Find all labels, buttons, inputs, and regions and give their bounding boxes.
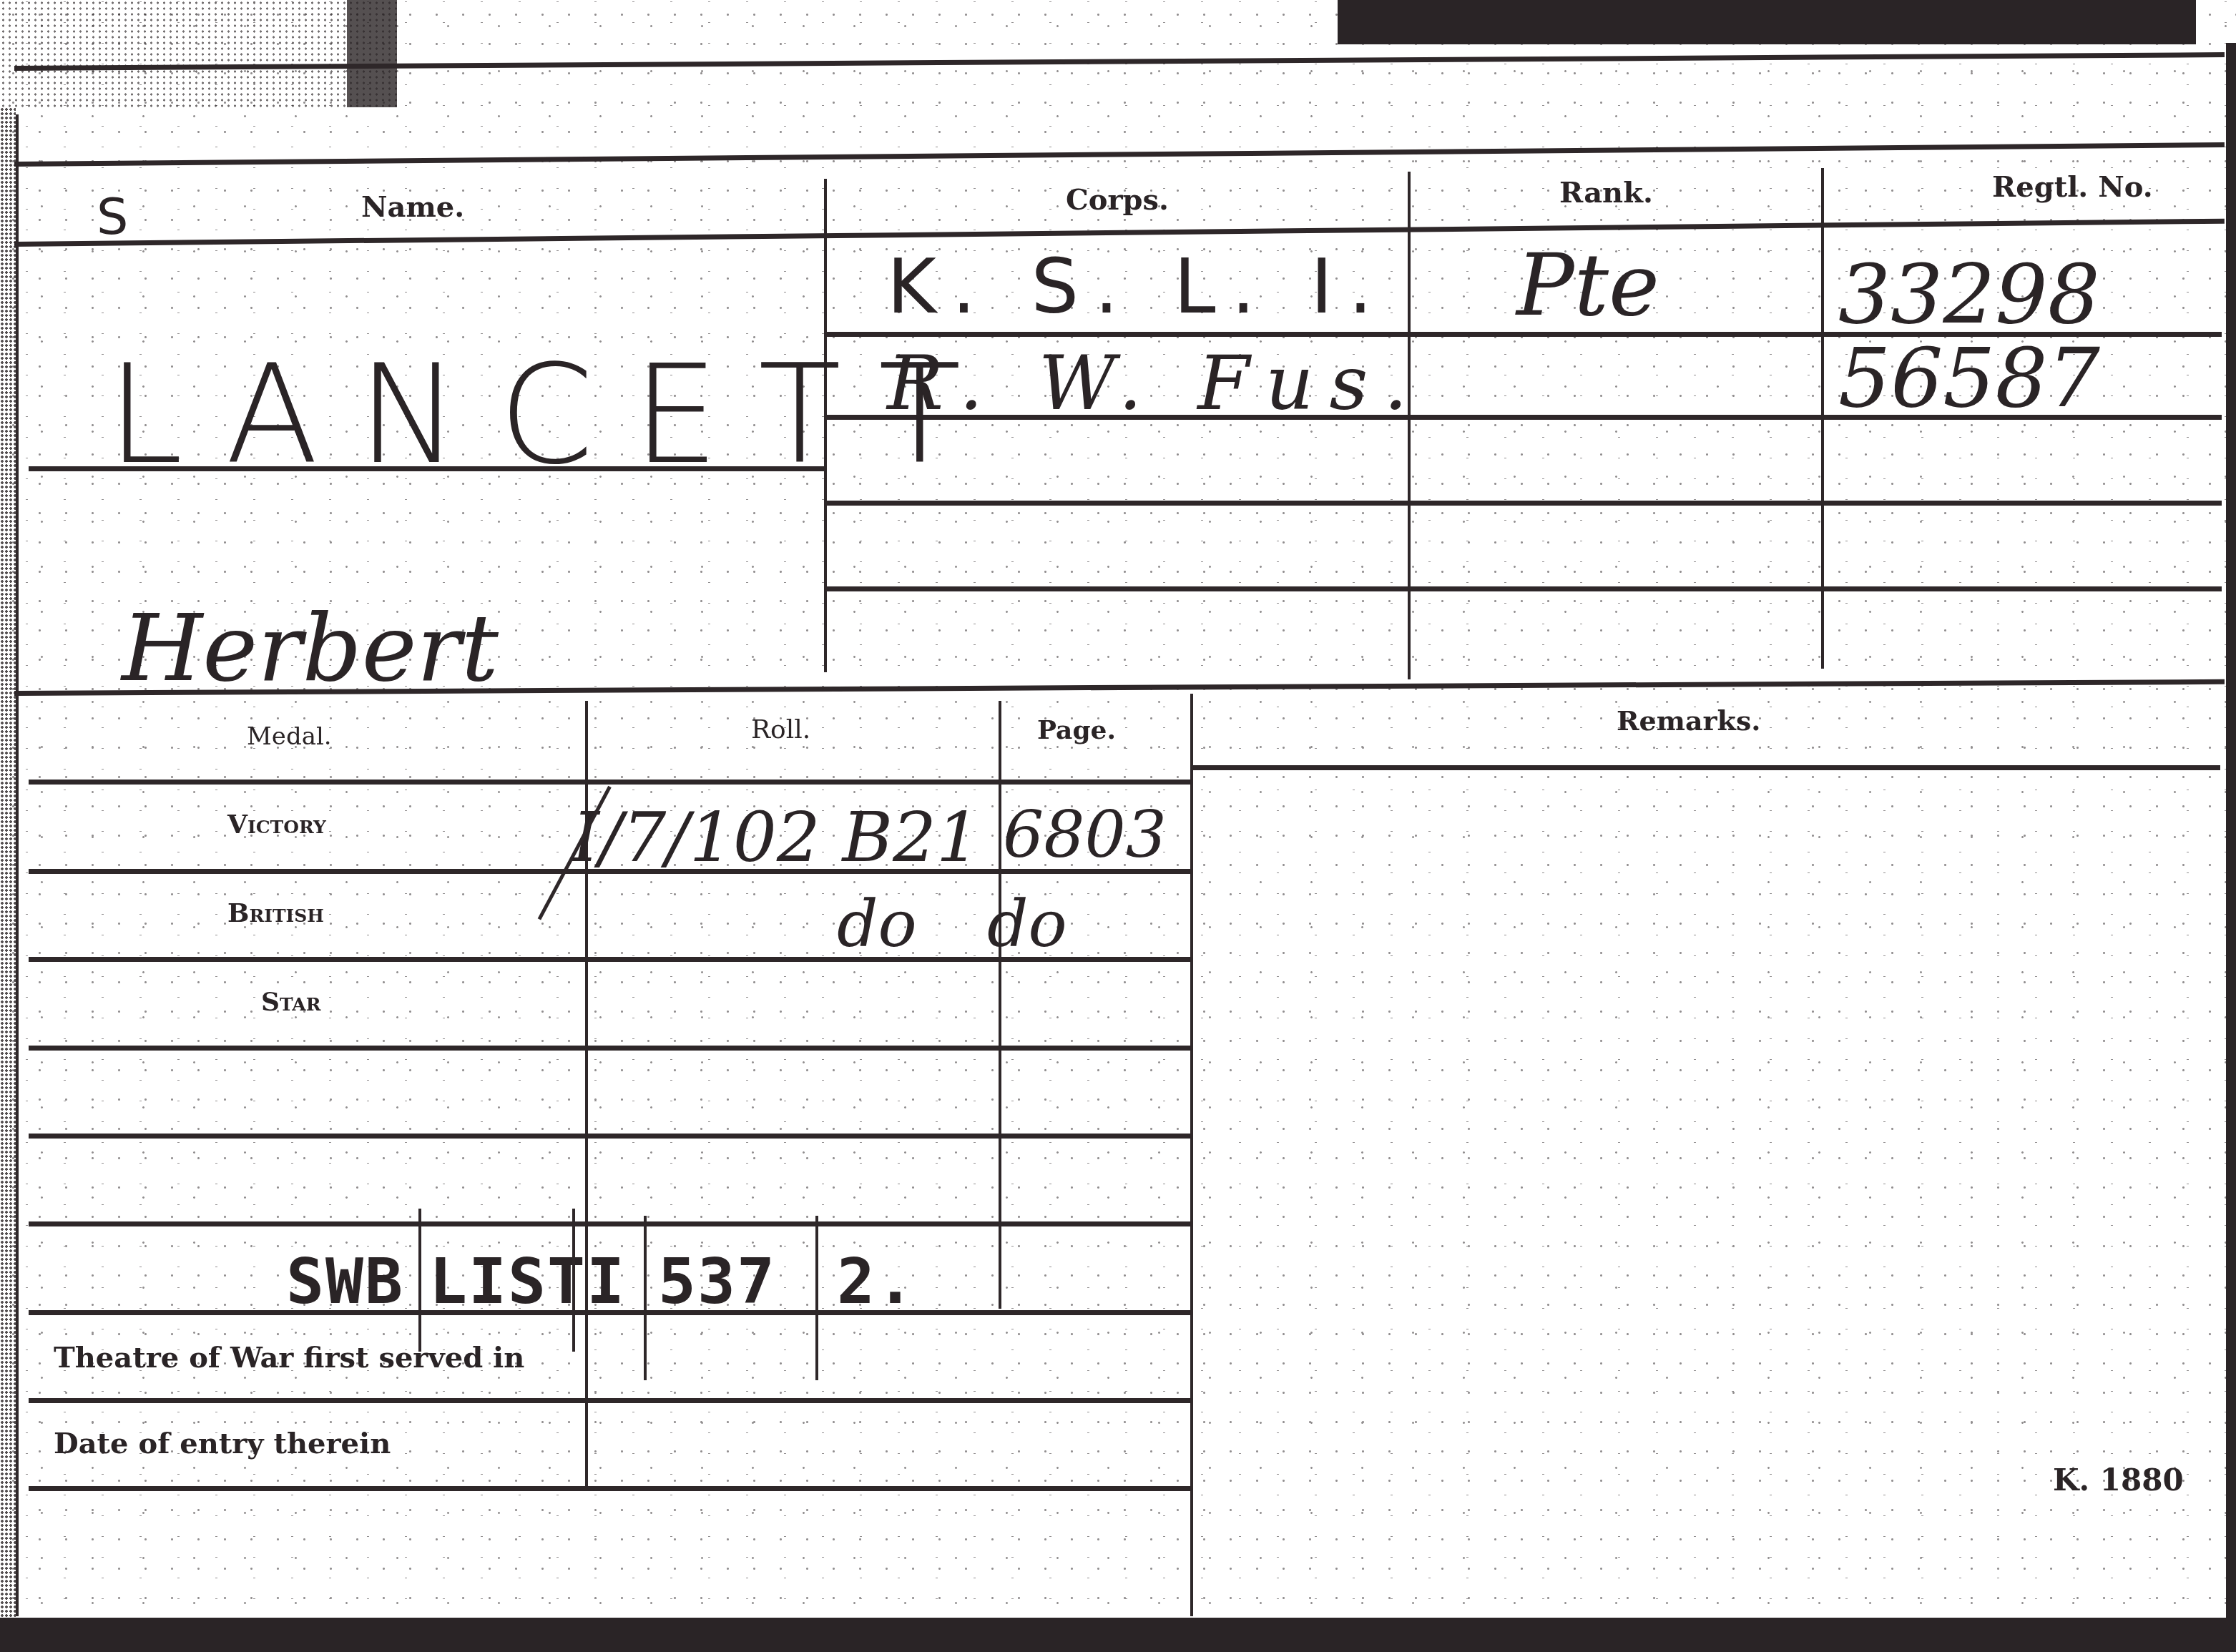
rule-theatre-bottom (29, 1398, 1190, 1403)
rank-label: Rank. (1559, 176, 1653, 210)
stamp-part-number: 537 (658, 1244, 776, 1318)
stamp-divider (418, 1209, 421, 1352)
rule-row-4 (827, 586, 2222, 591)
scan-artifact-top-bar (347, 0, 397, 107)
scan-artifact-top-right (1338, 0, 2196, 44)
stamp-divider (644, 1216, 647, 1380)
form-number: K. 1880 (2053, 1462, 2184, 1498)
rule-medals-header (29, 780, 1190, 785)
scan-artifact-bottom (0, 1618, 2236, 1652)
scan-artifact-top-left (0, 0, 401, 107)
corps-label: Corps. (1066, 183, 1169, 217)
surname: LANCETT (107, 336, 1001, 494)
stamp-divider (815, 1216, 818, 1380)
medal-british: British (227, 898, 324, 928)
corner-mark: S (97, 187, 128, 246)
stamp-part-list: LIST (429, 1244, 587, 1318)
theatre-label: Theatre of War first served in (54, 1341, 524, 1375)
corps-entry-2: R. W. Fus. (887, 340, 1423, 427)
stamp-part-suffix: 2. (837, 1244, 916, 1318)
victory-page: 6803 (1003, 797, 1167, 872)
regtl-no-label: Regtl. No. (1992, 170, 2153, 204)
card-left-border (16, 114, 19, 1616)
stamp-part-roman: I (587, 1244, 626, 1318)
scan-artifact-right-edge (2226, 43, 2236, 1623)
stamp-part-swb: SWB (286, 1244, 404, 1318)
rule-date-bottom (29, 1486, 1190, 1491)
british-page: do (987, 887, 1067, 962)
rule-row-3 (827, 501, 2222, 506)
divider-page-remarks (1190, 694, 1193, 1616)
divider-roll-page (999, 701, 1001, 1309)
rank-value: Pte (1516, 236, 1659, 335)
rule-star (29, 1046, 1190, 1051)
rule-blank-1 (29, 1134, 1190, 1139)
rule-top-outer (14, 142, 2225, 167)
forename: Herbert (122, 594, 499, 702)
name-label: Name. (361, 190, 464, 224)
scan-artifact-left-edge (0, 107, 16, 1623)
medal-column-header: Medal. (247, 722, 332, 751)
remarks-label: Remarks. (1617, 704, 1761, 737)
medal-star: Star (261, 987, 320, 1017)
page-column-header: Page. (1037, 715, 1116, 745)
regtl-no-2: 56587 (1838, 330, 2100, 426)
date-entry-label: Date of entry therein (54, 1427, 391, 1460)
rule-remarks-header (1190, 765, 2220, 770)
regtl-no-1: 33298 (1838, 247, 2100, 343)
medal-victory: Victory (227, 810, 326, 840)
corps-entry-1: K. S. L. I. (887, 243, 1388, 330)
rule-blank-2 (29, 1221, 1190, 1226)
victory-roll: I/7/102 B21 (572, 797, 980, 877)
roll-column-header: Roll. (751, 715, 810, 744)
stamp-divider (572, 1209, 575, 1352)
british-roll: do (837, 887, 917, 962)
